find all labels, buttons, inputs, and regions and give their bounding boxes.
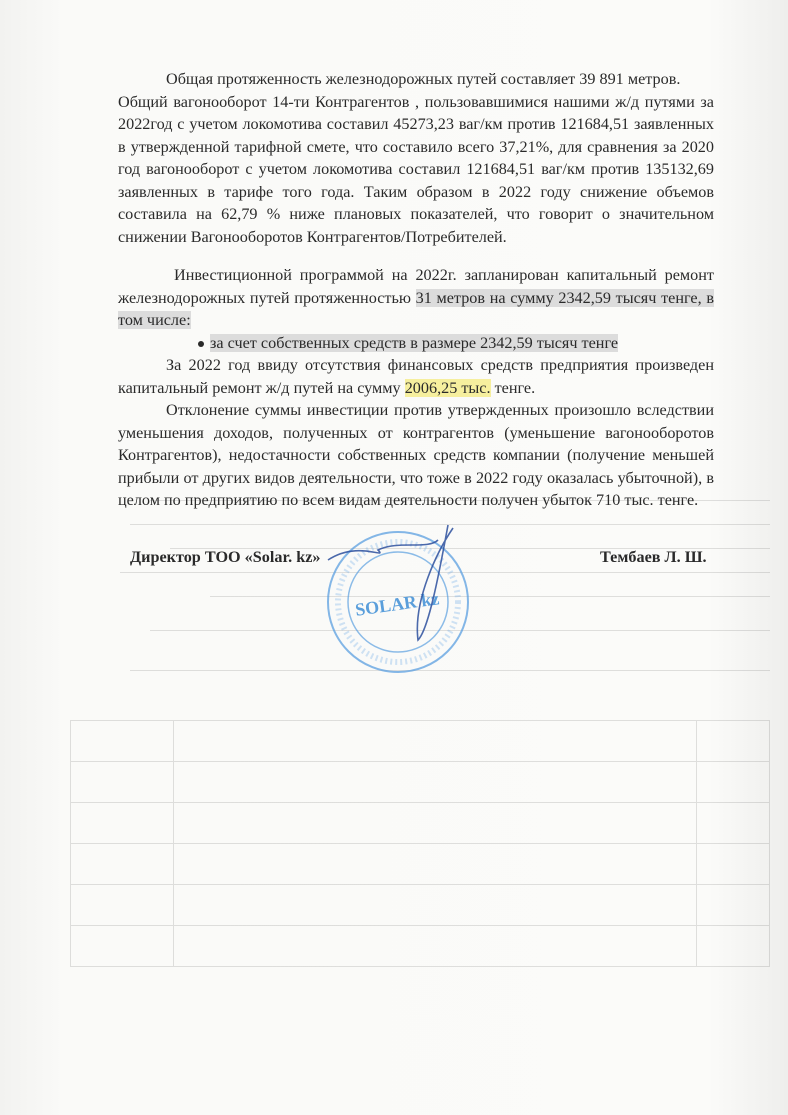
bullet-text: за счет собственных средств в размере 23… xyxy=(210,334,618,352)
paragraph-deviation: Отклонение суммы инвестиции против утвер… xyxy=(118,399,714,512)
paragraph-actual-repair: За 2022 год ввиду отсутствия финансовых … xyxy=(118,354,714,399)
bullet-item-own-funds: за счет собственных средств в размере 23… xyxy=(118,332,714,355)
paragraph-investment-program: Инвестиционной программой на 2022г. запл… xyxy=(118,264,714,512)
bullet-dot-icon xyxy=(198,341,204,347)
signature-scribble xyxy=(328,525,453,640)
actual-amount-highlight: 2006,25 тыс. xyxy=(405,379,491,397)
document-page: Общая протяженность железнодорожных путе… xyxy=(0,0,788,1115)
stamp-text: SOLAR kz xyxy=(354,588,440,620)
rail-length-line: Общая протяженность железнодорожных путе… xyxy=(118,68,714,91)
signatory-title: Директор ТОО «Solar. kz» xyxy=(130,548,321,567)
wagon-turnover-text: Общий вагонооборот 14-ти Контрагентов , … xyxy=(118,91,714,249)
company-stamp-icon: SOLAR kz xyxy=(318,520,478,680)
paragraph-rail-length: Общая протяженность железнодорожных путе… xyxy=(118,68,714,248)
actual-repair-text-end: тенге. xyxy=(491,379,536,397)
signatory-name: Тембаев Л. Ш. xyxy=(600,548,707,567)
